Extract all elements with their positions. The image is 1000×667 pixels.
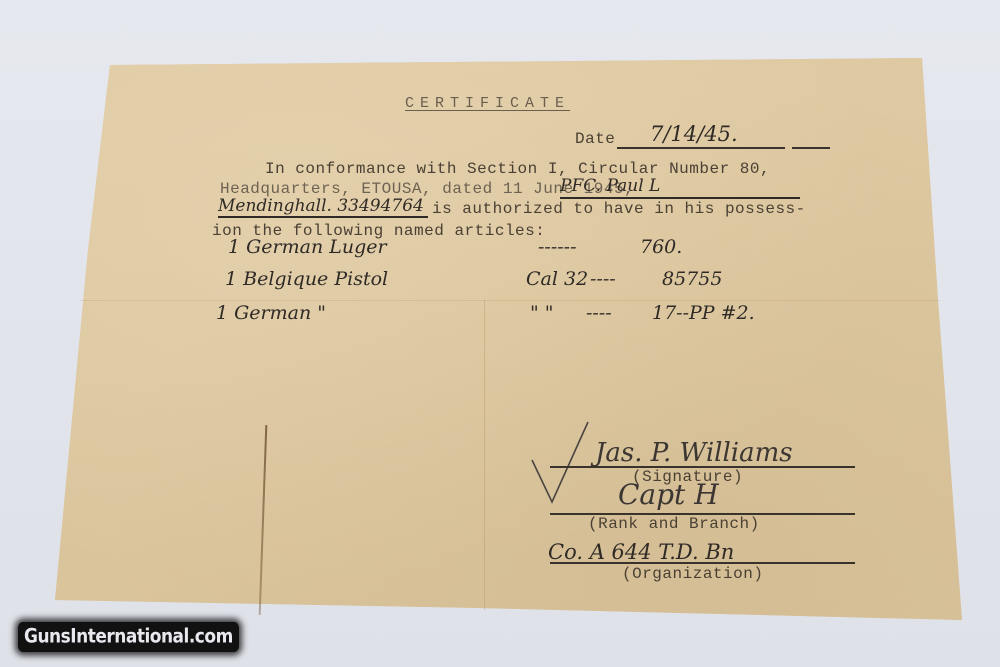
- article-3-dashes: ----: [586, 302, 612, 324]
- date-label: Date: [575, 130, 615, 148]
- article-1-dashes: ------: [538, 236, 577, 258]
- soldier-surname-serial: Mendinghall. 33494764: [218, 196, 424, 216]
- article-2-description: 1 Belgique Pistol: [225, 268, 388, 290]
- soldier-serial-underline: [218, 216, 428, 218]
- body-line-3: is authorized to have in his possess-: [432, 200, 806, 218]
- article-2-dashes: ----: [590, 268, 616, 290]
- fold-crease-horizontal: [80, 300, 940, 301]
- soldier-name-underline: [560, 197, 800, 199]
- organization-label: (Organization): [622, 565, 763, 583]
- organization-value: Co. A 644 T.D. Bn: [548, 540, 734, 564]
- check-mark-icon: [530, 420, 600, 510]
- certificate-title: CERTIFICATE: [405, 95, 570, 112]
- date-value: 7/14/45.: [650, 122, 738, 146]
- article-1-serial: 760.: [640, 236, 682, 258]
- article-3-description: 1 German ": [216, 302, 326, 324]
- fold-crease-vertical: [484, 300, 485, 610]
- article-3-caliber: " ": [530, 302, 554, 324]
- body-line-1: In conformance with Section I, Circular …: [265, 160, 770, 178]
- signature: Jas. P. Williams: [595, 438, 793, 468]
- date-underline-tail: [792, 147, 830, 149]
- rank-label: (Rank and Branch): [588, 515, 760, 533]
- article-1-description: 1 German Luger: [228, 236, 387, 258]
- organization-line: [550, 562, 855, 564]
- article-3-serial: 17--PP #2.: [652, 302, 755, 324]
- soldier-rank-name: PFC. Paul L: [560, 176, 660, 196]
- watermark-logo: GunsInternational.com: [18, 622, 239, 652]
- date-underline: [617, 147, 785, 149]
- rank-value: Capt H: [618, 478, 719, 511]
- article-2-caliber: Cal 32: [526, 268, 588, 290]
- article-2-serial: 85755: [662, 268, 722, 290]
